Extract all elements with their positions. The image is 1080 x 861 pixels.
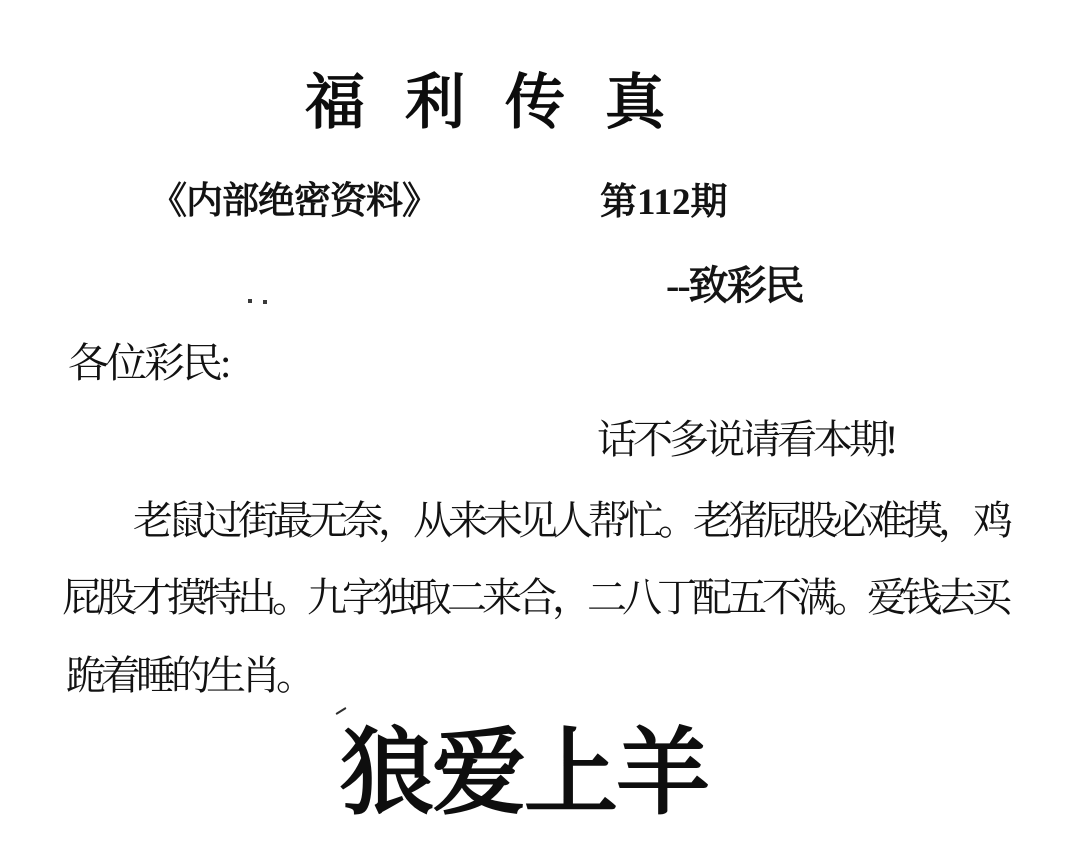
intro-line: 话不多说请看本期! <box>597 416 894 464</box>
body-line-3: 跪着睡的生肖。 <box>66 652 311 700</box>
document-page: 福利传真 《内部绝密资料》 第112期 --致彩民 各位彩民: 话不多说请看本期… <box>0 0 1080 861</box>
page-title: 福利传真 <box>305 70 705 136</box>
scan-artifact-dot <box>263 300 267 304</box>
salutation: 各位彩民: <box>68 339 228 387</box>
body-line-2: 屁股才摸特出。九字独取二来合，二八丁配五不满。爱钱去买 <box>62 574 1007 622</box>
answer-text: 狼爱上羊 <box>340 724 708 824</box>
dedication-line: --致彩民 <box>666 263 803 309</box>
scan-artifact-tick <box>335 707 346 715</box>
body-line-1: 老鼠过街最无奈，从来未见人帮忙。老猪屁股必难摸，鸡 <box>133 497 1008 545</box>
source-label: 《内部绝密资料》 <box>150 181 438 223</box>
issue-number: 第112期 <box>600 182 727 224</box>
scan-artifact-dot <box>248 299 252 303</box>
